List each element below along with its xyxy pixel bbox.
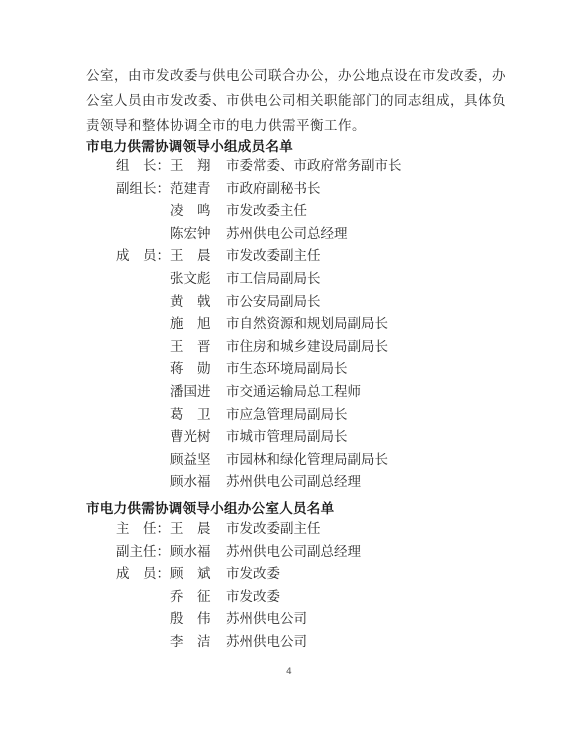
member-role: 成 员： [116, 245, 176, 267]
member-title: 苏州供电公司总经理 [226, 223, 348, 245]
member-name: 顾水福 [170, 541, 230, 563]
member-title: 市住房和城乡建设局副局长 [226, 336, 388, 358]
member-title: 苏州供电公司副总经理 [226, 471, 361, 493]
member-name: 范建青 [170, 178, 230, 200]
member-row: 凌 鸣市发改委主任 [0, 200, 580, 222]
member-name: 凌 鸣 [170, 200, 230, 222]
member-title: 市发改委主任 [226, 200, 307, 222]
member-title: 市园林和绿化管理局副局长 [226, 449, 388, 471]
member-title: 苏州供电公司 [226, 608, 307, 630]
member-name: 殷 伟 [170, 608, 230, 630]
member-role: 主 任： [116, 518, 176, 540]
member-row: 李 洁苏州供电公司 [0, 631, 580, 653]
member-row: 成 员：王 晨市发改委副主任 [0, 245, 580, 267]
member-row: 殷 伟苏州供电公司 [0, 608, 580, 630]
member-name: 王 翔 [170, 155, 230, 177]
page-number: 4 [286, 667, 292, 677]
member-row: 潘国进市交通运输局总工程师 [0, 381, 580, 403]
member-row: 顾水福苏州供电公司副总经理 [0, 471, 580, 493]
member-row: 组 长：王 翔市委常委、市政府常务副市长 [0, 155, 580, 177]
member-row: 副组长：范建青市政府副秘书长 [0, 178, 580, 200]
member-row: 葛 卫市应急管理局副局长 [0, 404, 580, 426]
member-title: 市交通运输局总工程师 [226, 381, 361, 403]
member-row: 成 员：顾 斌市发改委 [0, 563, 580, 585]
member-name: 曹光树 [170, 426, 230, 448]
member-name: 王 晨 [170, 518, 230, 540]
member-title: 市发改委 [226, 563, 280, 585]
member-name: 蒋 勋 [170, 358, 230, 380]
member-title: 市自然资源和规划局副局长 [226, 313, 388, 335]
member-name: 王 晨 [170, 245, 230, 267]
member-title: 市发改委 [226, 586, 280, 608]
member-row: 张文彪市工信局副局长 [0, 268, 580, 290]
member-title: 苏州供电公司副总经理 [226, 541, 361, 563]
section-heading-leadership-group: 市电力供需协调领导小组成员名单 [86, 135, 293, 155]
paragraph-line: 公室，由市发改委与供电公司联合办公，办公地点设在市发改委，办 [86, 64, 496, 89]
section-heading-office-staff: 市电力供需协调领导小组办公室人员名单 [86, 497, 334, 517]
paragraph-line: 公室人员由市发改委、市供电公司相关职能部门的同志组成，具体负 [86, 89, 496, 114]
member-name: 王 晋 [170, 336, 230, 358]
member-role: 组 长： [116, 155, 176, 177]
member-title: 市发改委副主任 [226, 518, 321, 540]
member-title: 市公安局副局长 [226, 291, 321, 313]
member-name: 乔 征 [170, 586, 230, 608]
member-row: 顾益坚市园林和绿化管理局副局长 [0, 449, 580, 471]
member-row: 陈宏钟苏州供电公司总经理 [0, 223, 580, 245]
member-name: 顾益坚 [170, 449, 230, 471]
intro-paragraph: 公室，由市发改委与供电公司联合办公，办公地点设在市发改委，办 公室人员由市发改委… [86, 64, 496, 139]
member-title: 市工信局副局长 [226, 268, 321, 290]
member-role: 副组长： [116, 178, 176, 200]
member-row: 王 晋市住房和城乡建设局副局长 [0, 336, 580, 358]
member-title: 市委常委、市政府常务副市长 [226, 155, 402, 177]
member-row: 乔 征市发改委 [0, 586, 580, 608]
member-name: 葛 卫 [170, 404, 230, 426]
member-title: 市发改委副主任 [226, 245, 321, 267]
member-row: 曹光树市城市管理局副局长 [0, 426, 580, 448]
member-row: 蒋 勋市生态环境局副局长 [0, 358, 580, 380]
member-role: 成 员： [116, 563, 176, 585]
member-name: 陈宏钟 [170, 223, 230, 245]
member-name: 李 洁 [170, 631, 230, 653]
member-row: 黄 戟市公安局副局长 [0, 291, 580, 313]
member-row: 施 旭市自然资源和规划局副局长 [0, 313, 580, 335]
member-name: 施 旭 [170, 313, 230, 335]
member-role: 副主任： [116, 541, 176, 563]
member-name: 顾 斌 [170, 563, 230, 585]
document-page: 公室，由市发改委与供电公司联合办公，办公地点设在市发改委，办 公室人员由市发改委… [0, 0, 580, 729]
member-row: 副主任：顾水福苏州供电公司副总经理 [0, 541, 580, 563]
member-title: 市生态环境局副局长 [226, 358, 348, 380]
member-row: 主 任：王 晨市发改委副主任 [0, 518, 580, 540]
member-title: 市城市管理局副局长 [226, 426, 348, 448]
member-name: 潘国进 [170, 381, 230, 403]
member-title: 苏州供电公司 [226, 631, 307, 653]
member-title: 市政府副秘书长 [226, 178, 321, 200]
member-name: 张文彪 [170, 268, 230, 290]
member-name: 顾水福 [170, 471, 230, 493]
member-name: 黄 戟 [170, 291, 230, 313]
member-title: 市应急管理局副局长 [226, 404, 348, 426]
